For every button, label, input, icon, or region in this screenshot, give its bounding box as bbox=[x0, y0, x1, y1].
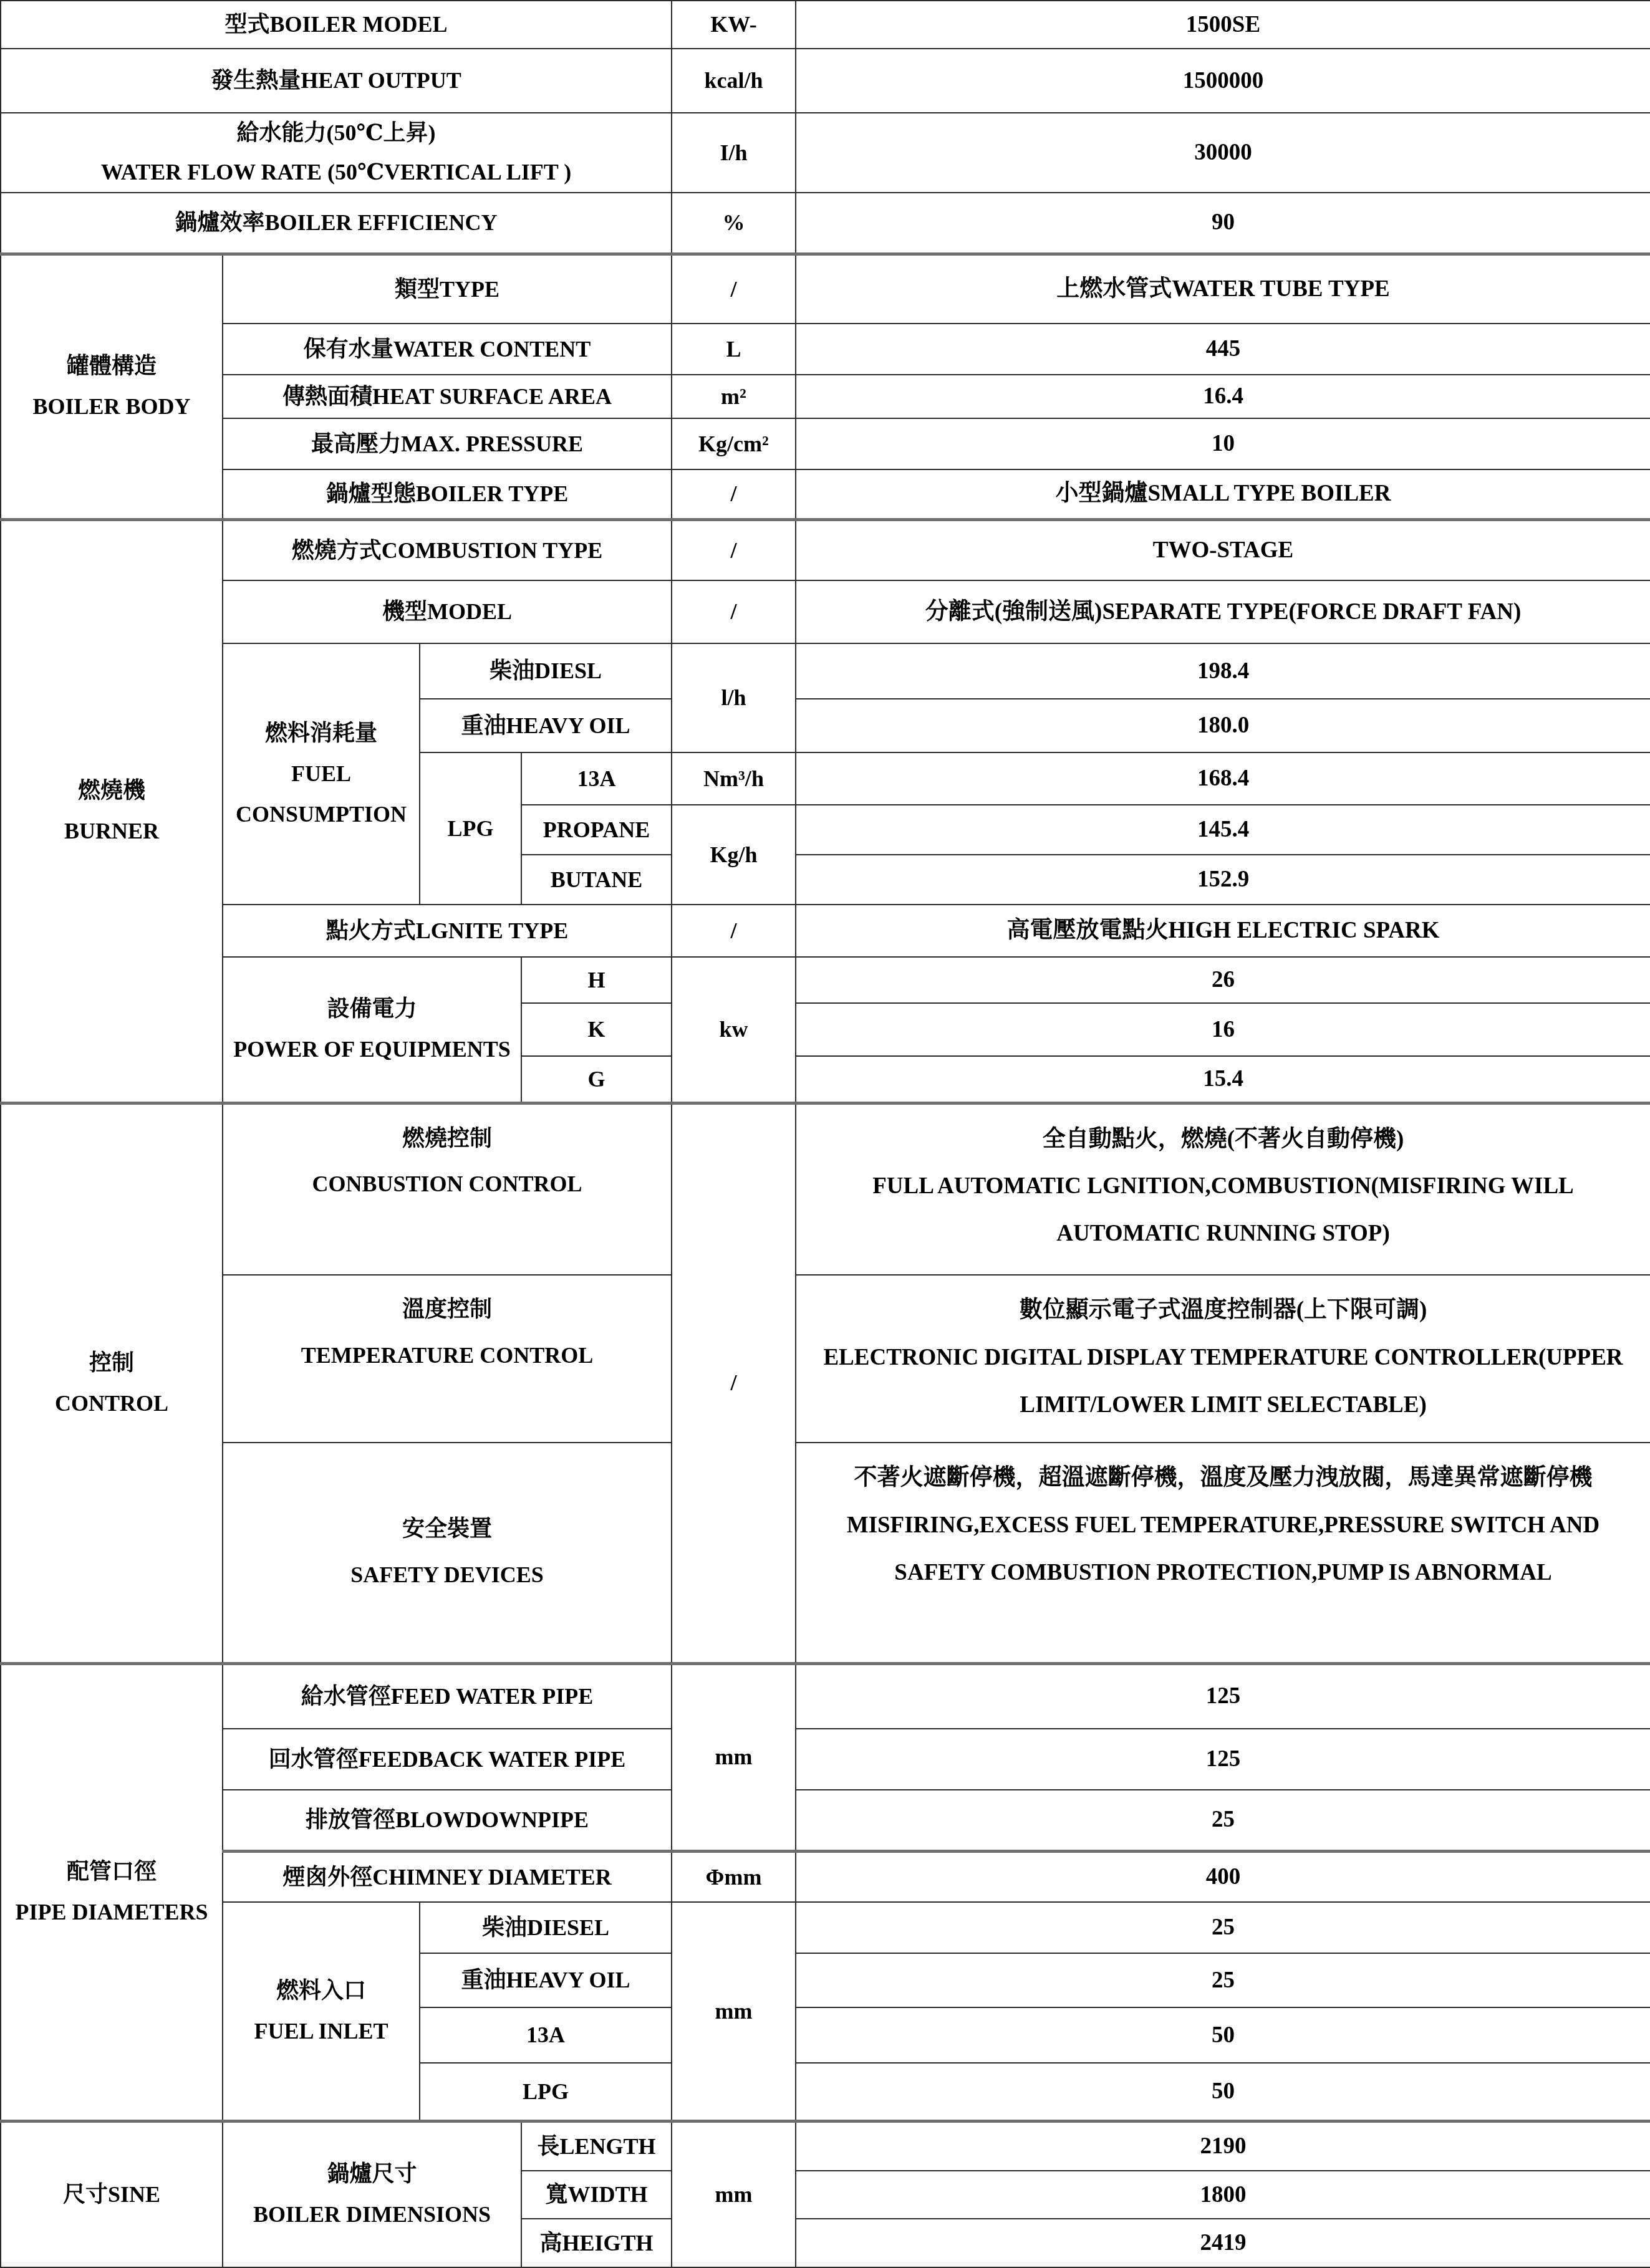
group-control: 控制 CONTROL bbox=[1, 1103, 223, 1663]
safety-devices-value-en: MISFIRING,EXCESS FUEL TEMPERATURE,PRESSU… bbox=[803, 1502, 1644, 1597]
temperature-control-label-en: TEMPERATURE CONTROL bbox=[229, 1333, 665, 1379]
row-fc-propane-label: PROPANE bbox=[521, 805, 672, 855]
row-burner-model-unit: / bbox=[672, 580, 796, 643]
row-burner-model-value: 分離式(強制送風)SEPARATE TYPE(FORCE DRAFT FAN) bbox=[796, 580, 1650, 643]
row-boiler-model-value: 1500SE bbox=[796, 1, 1650, 49]
row-fc-butane-value: 152.9 bbox=[796, 855, 1650, 905]
row-heat-output-value: 1500000 bbox=[796, 49, 1650, 113]
group-fuel-consumption: 燃料消耗量 FUEL CONSUMPTION bbox=[223, 643, 420, 905]
control-unit: / bbox=[672, 1103, 796, 1663]
row-feed-water-pipe-label: 給水管徑FEED WATER PIPE bbox=[223, 1663, 672, 1729]
fuel-inlet-label-zh: 燃料入口 bbox=[229, 1971, 413, 2011]
row-fi-heavy-oil-label: 重油HEAVY OIL bbox=[420, 1953, 672, 2007]
row-combustion-type-unit: / bbox=[672, 519, 796, 580]
group-burner-zh: 燃燒機 bbox=[7, 771, 216, 811]
group-lpg: LPG bbox=[420, 752, 521, 905]
boiler-spec-table: 型式BOILER MODEL KW- 1500SE 發生熱量HEAT OUTPU… bbox=[0, 0, 1650, 2268]
row-max-pressure-unit: Kg/cm² bbox=[672, 418, 796, 469]
row-fc-gas-unit: Kg/h bbox=[672, 805, 796, 905]
row-ignite-label: 點火方式LGNITE TYPE bbox=[223, 905, 672, 957]
safety-devices-label-zh: 安全裝置 bbox=[229, 1506, 665, 1552]
group-boiler-dimensions: 鍋爐尺寸 BOILER DIMENSIONS bbox=[223, 2121, 521, 2267]
group-control-zh: 控制 bbox=[7, 1343, 216, 1383]
row-water-flow-value: 30000 bbox=[796, 113, 1650, 193]
row-fi-13a-value: 50 bbox=[796, 2007, 1650, 2063]
dimensions-unit: mm bbox=[672, 2121, 796, 2267]
row-fc-diesel-label: 柴油DIESL bbox=[420, 643, 672, 699]
row-boiler-type-label: 鍋爐型態BOILER TYPE bbox=[223, 469, 672, 519]
row-fi-lpg-value: 50 bbox=[796, 2063, 1650, 2121]
water-flow-label-zh: 給水能力(50℃上昇) bbox=[7, 113, 665, 153]
row-boiler-model-unit: KW- bbox=[672, 1, 796, 49]
row-water-content-label: 保有水量WATER CONTENT bbox=[223, 324, 672, 375]
row-feed-water-pipe-value: 125 bbox=[796, 1663, 1650, 1729]
fuel-inlet-label-en: FUEL INLET bbox=[229, 2011, 413, 2052]
row-fi-diesel-label: 柴油DIESEL bbox=[420, 1902, 672, 1953]
row-temperature-control-value: 數位顯示電子式溫度控制器(上下限可調) ELECTRONIC DIGITAL D… bbox=[796, 1275, 1650, 1443]
row-feedback-water-pipe-value: 125 bbox=[796, 1729, 1650, 1790]
row-width-value: 1800 bbox=[796, 2171, 1650, 2219]
row-fi-lpg-label: LPG bbox=[420, 2063, 672, 2121]
row-power-h-label: H bbox=[521, 957, 672, 1003]
row-power-k-label: K bbox=[521, 1003, 672, 1056]
row-heigth-value: 2419 bbox=[796, 2219, 1650, 2267]
row-width-label: 寬WIDTH bbox=[521, 2171, 672, 2219]
group-size: 尺寸SINE bbox=[1, 2121, 223, 2267]
row-efficiency-unit: % bbox=[672, 193, 796, 254]
boiler-dimensions-label-en: BOILER DIMENSIONS bbox=[229, 2194, 514, 2235]
row-safety-devices-value: 不著火遮斷停機，超溫遮斷停機，溫度及壓力洩放閥，馬達異常遮斷停機 MISFIRI… bbox=[796, 1443, 1650, 1663]
combustion-control-label-en: CONBUSTION CONTROL bbox=[229, 1161, 665, 1208]
row-combustion-type-value: TWO-STAGE bbox=[796, 519, 1650, 580]
row-temperature-control-label: 溫度控制 TEMPERATURE CONTROL bbox=[223, 1275, 672, 1443]
row-heigth-label: 高HEIGTH bbox=[521, 2219, 672, 2267]
row-length-label: 長LENGTH bbox=[521, 2121, 672, 2171]
row-combustion-type-label: 燃燒方式COMBUSTION TYPE bbox=[223, 519, 672, 580]
group-fuel-inlet: 燃料入口 FUEL INLET bbox=[223, 1902, 420, 2121]
power-label-en: POWER OF EQUIPMENTS bbox=[229, 1029, 514, 1070]
row-chimney-diameter-label: 煙囪外徑CHIMNEY DIAMETER bbox=[223, 1851, 672, 1902]
group-boiler-body: 罐體構造 BOILER BODY bbox=[1, 254, 223, 519]
row-boiler-type-unit: / bbox=[672, 469, 796, 519]
boiler-spec-sheet: 型式BOILER MODEL KW- 1500SE 發生熱量HEAT OUTPU… bbox=[0, 0, 1650, 2262]
row-power-unit: kw bbox=[672, 957, 796, 1103]
row-type-unit: / bbox=[672, 254, 796, 324]
combustion-control-value-zh: 全自動點火，燃燒(不著火自動停機) bbox=[803, 1116, 1644, 1163]
temperature-control-label-zh: 溫度控制 bbox=[229, 1287, 665, 1333]
row-fi-13a-label: 13A bbox=[420, 2007, 672, 2063]
row-fc-diesel-value: 198.4 bbox=[796, 643, 1650, 699]
row-fc-propane-value: 145.4 bbox=[796, 805, 1650, 855]
row-fc-heavy-oil-value: 180.0 bbox=[796, 699, 1650, 752]
row-length-value: 2190 bbox=[796, 2121, 1650, 2171]
fuel-consumption-label-en: FUEL CONSUMPTION bbox=[229, 754, 413, 835]
row-type-value: 上燃水管式WATER TUBE TYPE bbox=[796, 254, 1650, 324]
row-efficiency-label: 鍋爐效率BOILER EFFICIENCY bbox=[1, 193, 672, 254]
row-power-g-value: 15.4 bbox=[796, 1056, 1650, 1103]
safety-devices-value-zh: 不著火遮斷停機，超溫遮斷停機，溫度及壓力洩放閥，馬達異常遮斷停機 bbox=[803, 1454, 1644, 1502]
row-safety-devices-label: 安全裝置 SAFETY DEVICES bbox=[223, 1443, 672, 1663]
row-combustion-control-label: 燃燒控制 CONBUSTION CONTROL bbox=[223, 1103, 672, 1275]
row-fi-diesel-value: 25 bbox=[796, 1902, 1650, 1953]
group-pipe-diameters-zh: 配管口徑 bbox=[7, 1852, 216, 1892]
row-heat-surface-unit: m² bbox=[672, 375, 796, 418]
temperature-control-value-zh: 數位顯示電子式溫度控制器(上下限可調) bbox=[803, 1287, 1644, 1334]
row-fc-butane-label: BUTANE bbox=[521, 855, 672, 905]
row-chimney-diameter-unit: Φmm bbox=[672, 1851, 796, 1902]
group-power-equipments: 設備電力 POWER OF EQUIPMENTS bbox=[223, 957, 521, 1103]
group-boiler-body-zh: 罐體構造 bbox=[7, 346, 216, 387]
fuel-consumption-label-zh: 燃料消耗量 bbox=[229, 713, 413, 754]
power-label-zh: 設備電力 bbox=[229, 989, 514, 1029]
row-heat-surface-label: 傳熱面積HEAT SURFACE AREA bbox=[223, 375, 672, 418]
pipe-water-unit: mm bbox=[672, 1663, 796, 1851]
row-water-flow-unit: I/h bbox=[672, 113, 796, 193]
group-boiler-body-en: BOILER BODY bbox=[7, 387, 216, 427]
row-power-h-value: 26 bbox=[796, 957, 1650, 1003]
row-blowdown-pipe-value: 25 bbox=[796, 1790, 1650, 1851]
row-fc-13a-label: 13A bbox=[521, 752, 672, 805]
group-pipe-diameters: 配管口徑 PIPE DIAMETERS bbox=[1, 1663, 223, 2121]
row-fc-heavy-oil-label: 重油HEAVY OIL bbox=[420, 699, 672, 752]
boiler-dimensions-label-zh: 鍋爐尺寸 bbox=[229, 2154, 514, 2194]
water-flow-label-en: WATER FLOW RATE (50℃VERTICAL LIFT ) bbox=[7, 153, 665, 192]
row-fc-13a-value: 168.4 bbox=[796, 752, 1650, 805]
row-combustion-control-value: 全自動點火，燃燒(不著火自動停機) FULL AUTOMATIC LGNITIO… bbox=[796, 1103, 1650, 1275]
row-water-flow-label: 給水能力(50℃上昇) WATER FLOW RATE (50℃VERTICAL… bbox=[1, 113, 672, 193]
row-burner-model-label: 機型MODEL bbox=[223, 580, 672, 643]
row-fi-heavy-oil-value: 25 bbox=[796, 1953, 1650, 2007]
row-type-label: 類型TYPE bbox=[223, 254, 672, 324]
row-boiler-type-value: 小型鍋爐SMALL TYPE BOILER bbox=[796, 469, 1650, 519]
fuel-inlet-unit: mm bbox=[672, 1902, 796, 2121]
group-burner: 燃燒機 BURNER bbox=[1, 519, 223, 1103]
group-pipe-diameters-en: PIPE DIAMETERS bbox=[7, 1892, 216, 1933]
row-water-content-unit: L bbox=[672, 324, 796, 375]
row-power-g-label: G bbox=[521, 1056, 672, 1103]
row-ignite-value: 高電壓放電點火HIGH ELECTRIC SPARK bbox=[796, 905, 1650, 957]
temperature-control-value-en: ELECTRONIC DIGITAL DISPLAY TEMPERATURE C… bbox=[803, 1334, 1644, 1429]
row-fc-13a-unit: Nm³/h bbox=[672, 752, 796, 805]
row-heat-output-label: 發生熱量HEAT OUTPUT bbox=[1, 49, 672, 113]
combustion-control-value-en: FULL AUTOMATIC LGNITION,COMBUSTION(MISFI… bbox=[803, 1163, 1644, 1257]
group-burner-en: BURNER bbox=[7, 811, 216, 852]
safety-devices-label-en: SAFETY DEVICES bbox=[229, 1552, 665, 1598]
group-control-en: CONTROL bbox=[7, 1383, 216, 1424]
row-chimney-diameter-value: 400 bbox=[796, 1851, 1650, 1902]
row-ignite-unit: / bbox=[672, 905, 796, 957]
row-efficiency-value: 90 bbox=[796, 193, 1650, 254]
row-heat-surface-value: 16.4 bbox=[796, 375, 1650, 418]
row-water-content-value: 445 bbox=[796, 324, 1650, 375]
row-fc-oil-unit: l/h bbox=[672, 643, 796, 752]
row-feedback-water-pipe-label: 回水管徑FEEDBACK WATER PIPE bbox=[223, 1729, 672, 1790]
row-blowdown-pipe-label: 排放管徑BLOWDOWNPIPE bbox=[223, 1790, 672, 1851]
row-max-pressure-label: 最高壓力MAX. PRESSURE bbox=[223, 418, 672, 469]
row-power-k-value: 16 bbox=[796, 1003, 1650, 1056]
row-max-pressure-value: 10 bbox=[796, 418, 1650, 469]
combustion-control-label-zh: 燃燒控制 bbox=[229, 1116, 665, 1162]
row-boiler-model-label: 型式BOILER MODEL bbox=[1, 1, 672, 49]
row-heat-output-unit: kcal/h bbox=[672, 49, 796, 113]
